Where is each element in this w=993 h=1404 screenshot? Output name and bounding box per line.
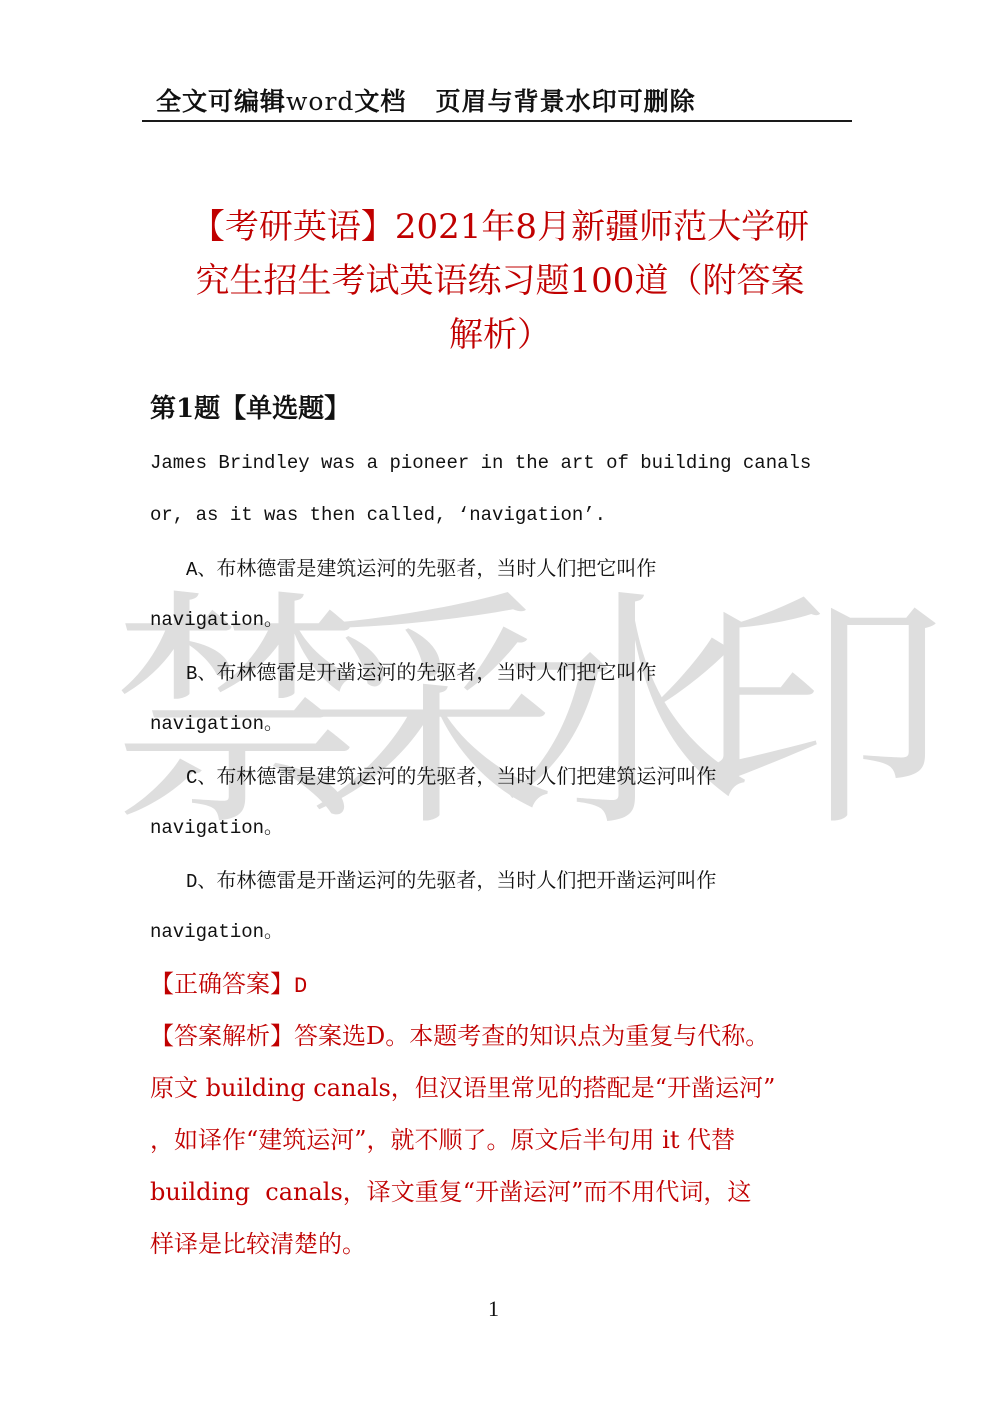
option-c-continuation: navigation。 [150,812,283,839]
analysis-line: 原文 building canals，但汉语里常见的搭配是“开凿运河” [150,1068,775,1103]
analysis-label: 【答案解析】 [150,1022,294,1050]
header-text: 全文可编辑word文档 页眉与背景水印可删除 [156,82,696,118]
analysis-text: 答案选D。本题考查的知识点为重复与代称。 [294,1022,769,1050]
option-text: 布林德雷是开凿运河的先驱者，当时人们把开凿运河叫作 [216,868,716,892]
option-d: D、布林德雷是开凿运河的先驱者，当时人们把开凿运河叫作 [186,864,716,893]
page-number: 1 [488,1296,499,1322]
question-heading: 第1题【单选题】 [150,388,850,425]
title-line: 解析） [150,308,850,362]
correct-answer: 【正确答案】D [150,964,307,999]
option-label: B、 [186,663,216,685]
analysis-line: ，如译作“建筑运河”，就不顺了。原文后半句用 it 代替 [150,1120,735,1155]
analysis-line: 样译是比较清楚的。 [150,1224,366,1259]
question-stem-line: James Brindley was a pioneer in the art … [150,452,811,474]
option-b: B、布林德雷是开凿运河的先驱者，当时人们把它叫作 [186,656,656,685]
header-right: 页眉与背景水印可删除 [436,87,696,116]
option-c: C、布林德雷是建筑运河的先驱者，当时人们把建筑运河叫作 [186,760,716,789]
document-page: 禁 采 水 印 全文可编辑word文档 页眉与背景水印可删除 【考研英语】202… [0,0,993,1404]
option-a-continuation: navigation。 [150,604,283,631]
watermark-char: 印 [697,590,892,840]
header-left-suffix: 文档 [354,87,406,116]
watermark-char: 采 [307,590,502,840]
watermark-char: 水 [502,590,697,840]
header-left-word: word [286,87,354,116]
option-text: 布林德雷是建筑运河的先驱者，当时人们把建筑运河叫作 [216,764,716,788]
title-line: 究生招生考试英语练习题100道（附答案 [150,254,850,308]
option-text: 布林德雷是开凿运河的先驱者，当时人们把它叫作 [216,660,656,684]
question-stem-line: or, as it was then called, ‘navigation’. [150,504,606,526]
option-label: D、 [186,871,216,893]
option-text: 布林德雷是建筑运河的先驱者，当时人们把它叫作 [216,556,656,580]
header-left-prefix: 全文可编辑 [156,87,286,116]
option-b-continuation: navigation。 [150,708,283,735]
analysis-line: 【答案解析】答案选D。本题考查的知识点为重复与代称。 [150,1016,769,1051]
option-d-continuation: navigation。 [150,916,283,943]
page-header: 全文可编辑word文档 页眉与背景水印可删除 [142,76,852,122]
document-title: 【考研英语】2021年8月新疆师范大学研 究生招生考试英语练习题100道（附答案… [150,200,850,362]
option-label: C、 [186,767,216,789]
answer-value: D [294,974,307,999]
option-a: A、布林德雷是建筑运河的先驱者，当时人们把它叫作 [186,552,656,581]
option-label: A、 [186,559,216,581]
title-line: 【考研英语】2021年8月新疆师范大学研 [150,200,850,254]
analysis-line: building canals，译文重复“开凿运河”而不用代词，这 [150,1172,751,1207]
answer-label: 【正确答案】 [150,970,294,998]
